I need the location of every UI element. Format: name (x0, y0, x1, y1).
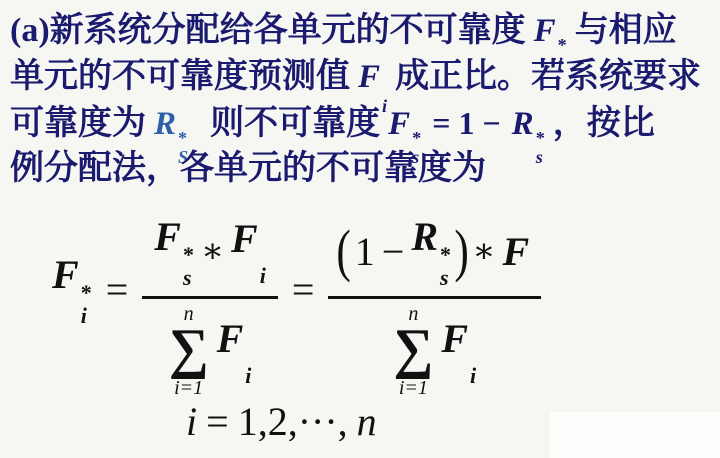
var-scripts: i (260, 241, 266, 287)
den2-Fi: Fi (441, 315, 476, 387)
var-base: R (411, 214, 438, 259)
formula-lhs-Fi-star: F*i (52, 251, 92, 327)
var-superscript (470, 341, 476, 364)
range-var-n: n (357, 398, 377, 445)
var-base: F (52, 252, 79, 297)
text-line-3: 可靠度为R*S则不可靠度F*s= 1 −R*s，按比 (10, 100, 701, 146)
var-base: F (358, 59, 380, 95)
summation-1: n ∑ i=1 (169, 304, 209, 397)
range-list: 1,2,···, (238, 398, 348, 445)
var-subscript: s (536, 148, 545, 167)
equals-sign-1: = (104, 266, 131, 313)
line3-text-mid: 则不可靠度 (210, 105, 380, 142)
fraction-2-numerator: ( 1 − R*s ) ∗ F (328, 211, 541, 299)
corner-highlight (550, 412, 720, 458)
fraction-2-denominator: n ∑ i=1 Fi (393, 299, 476, 397)
var-base: F (441, 316, 468, 361)
line1-text-lead: (a)新系统分配给各单元的不可靠度 (10, 12, 526, 49)
var-base: F (154, 214, 181, 259)
var-base: F (534, 13, 556, 49)
var-base: F (231, 216, 258, 261)
summation-lower-limit: i=1 (399, 378, 428, 398)
line4-text: 例分配法，各单元的不可靠度为 (10, 150, 486, 187)
index-range: i = 1,2,···, n (186, 398, 377, 445)
slide: (a)新系统分配给各单元的不可靠度F*i与相应 单元的不可靠度预测值Fi成正比。… (0, 0, 720, 458)
summation-lower-limit: i=1 (174, 378, 203, 398)
num1-Fs-star: F*s (154, 213, 194, 289)
var-scripts: *s (183, 243, 194, 289)
inline-math-Rs-star: R*s (512, 101, 545, 167)
summation-symbol: ∑ (393, 324, 433, 374)
var-superscript (382, 78, 387, 97)
line3-equation-text: = 1 − (432, 105, 500, 141)
equals-sign-2: = (290, 266, 317, 313)
line3-text-tail: ，按比 (553, 105, 655, 142)
range-var-i: i (186, 398, 197, 445)
right-parenthesis: ) (454, 225, 468, 277)
minus-operator: − (382, 228, 405, 275)
summation-2: n ∑ i=1 (393, 304, 433, 397)
fraction-1: F*s ∗ Fi n ∑ i=1 Fi (142, 211, 278, 398)
fraction-1-denominator: n ∑ i=1 Fi (169, 299, 252, 397)
var-superscript: * (183, 243, 194, 266)
var-superscript: * (81, 281, 92, 304)
range-equals: = (206, 398, 229, 445)
multiply-operator: ∗ (201, 231, 224, 271)
text-line-2: 单元的不可靠度预测值Fi成正比。若系统要求 (10, 54, 701, 100)
line3-text-lead: 可靠度为 (10, 105, 146, 142)
var-subscript: s (183, 266, 194, 289)
line1-text-tail: 与相应 (575, 12, 677, 49)
num2-Rs-star: R*s (411, 213, 451, 289)
var-base: R (512, 106, 534, 142)
var-subscript: i (81, 304, 92, 327)
var-base: F (388, 106, 410, 142)
var-subscript: i (245, 364, 251, 387)
text-line-1: (a)新系统分配给各单元的不可靠度F*i与相应 (10, 8, 701, 54)
var-base: F (217, 316, 244, 361)
num2-F: F (502, 228, 529, 275)
var-scripts: *s (536, 129, 545, 167)
fraction-1-numerator: F*s ∗ Fi (142, 211, 278, 299)
multiply-operator: ∗ (472, 231, 495, 271)
var-scripts: *i (81, 281, 92, 327)
var-subscript: i (260, 264, 266, 287)
main-formula: F*i = F*s ∗ Fi n ∑ i=1 Fi = ( 1 − (52, 196, 541, 383)
var-scripts: i (470, 341, 476, 387)
var-superscript: * (440, 243, 451, 266)
var-superscript (245, 341, 251, 364)
var-scripts: i (245, 341, 251, 387)
var-superscript: * (536, 129, 545, 148)
var-superscript (260, 241, 266, 264)
var-subscript: i (470, 364, 476, 387)
num1-Fi: Fi (231, 215, 266, 287)
line2-text-lead: 单元的不可靠度预测值 (10, 58, 350, 95)
text-line-4: 例分配法，各单元的不可靠度为 (10, 146, 701, 192)
var-base: R (154, 106, 176, 142)
line2-text-tail: 成正比。若系统要求 (395, 58, 701, 95)
var-superscript: * (558, 36, 567, 55)
fraction-2: ( 1 − R*s ) ∗ F n ∑ i=1 Fi (328, 211, 541, 398)
var-scripts: *s (440, 243, 451, 289)
den1-Fi: Fi (217, 315, 252, 387)
left-parenthesis: ( (337, 225, 351, 277)
number-one: 1 (355, 228, 375, 275)
var-subscript: s (440, 266, 451, 289)
paragraph: (a)新系统分配给各单元的不可靠度F*i与相应 单元的不可靠度预测值Fi成正比。… (10, 8, 701, 192)
summation-symbol: ∑ (169, 324, 209, 374)
